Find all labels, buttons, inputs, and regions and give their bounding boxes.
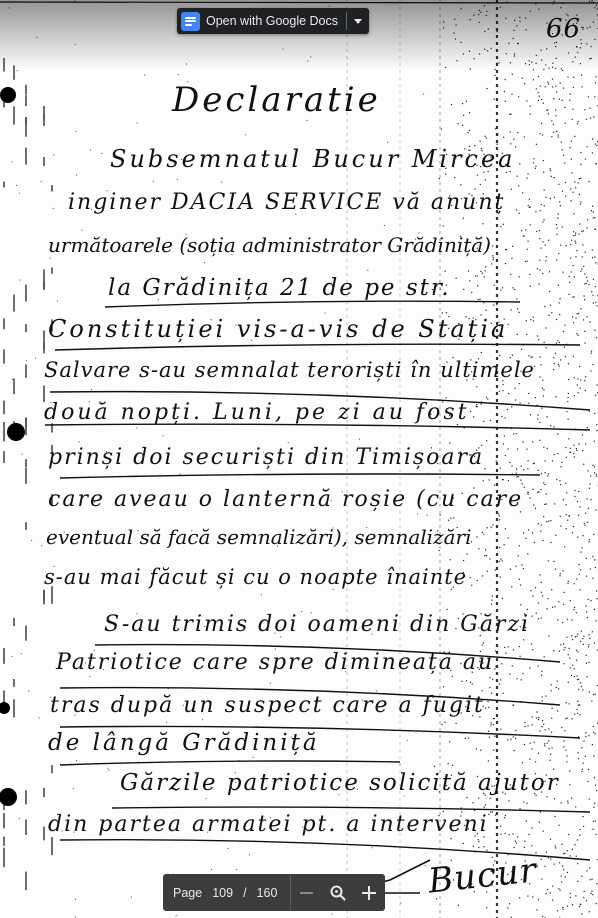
page-controls: Page 109 / 160 <box>163 874 385 911</box>
line-11: s-au mai făcut și cu o noapte înainte <box>44 565 467 589</box>
line-14: tras după un suspect care a fugit <box>50 693 485 718</box>
current-page-input[interactable]: 109 <box>212 886 233 900</box>
magnifier-icon <box>329 884 347 902</box>
page-number-mark: 66 <box>546 14 581 44</box>
line-3: următoarele (soția administrator Grădini… <box>48 233 491 257</box>
line-13: Patriotice care spre dimineață au <box>56 650 494 675</box>
line-2: inginer DACIA SERVICE vă anunț <box>68 190 505 215</box>
zoom-reset-button[interactable] <box>323 874 354 911</box>
minus-icon <box>300 892 313 894</box>
line-8: prinși doi securiști din Timișoara <box>48 445 484 470</box>
page-separator: / <box>243 886 246 900</box>
line-7: două nopți. Luni, pe zi au fost <box>44 400 469 425</box>
line-9: care aveau o lanternă roșie (cu care <box>48 487 523 512</box>
line-17: din partea armatei pt. a interveni <box>48 812 489 837</box>
open-with-google-docs-button-group: Open with Google Docs <box>177 8 369 34</box>
line-6: Salvare s-au semnalat teroriști în ultim… <box>44 358 535 382</box>
open-with-google-docs-button[interactable]: Open with Google Docs <box>177 8 346 34</box>
line-4: la Grădinița 21 de pe str. <box>108 275 451 301</box>
zoom-out-button[interactable] <box>291 874 322 911</box>
line-15: de lângă Grădiniță <box>48 730 320 756</box>
line-10: eventual să facă semnalizări), semnaliză… <box>46 525 471 549</box>
total-pages: 160 <box>257 886 278 900</box>
line-1: Subsemnatul Bucur Mircea <box>110 145 515 173</box>
google-docs-icon <box>181 12 200 31</box>
page-label: Page <box>173 886 202 900</box>
open-with-label: Open with Google Docs <box>206 14 338 28</box>
open-with-dropdown-button[interactable] <box>347 8 369 34</box>
zoom-in-button[interactable] <box>354 874 385 911</box>
scanned-document-page: 66 Declaratie Subsemnatul Bucur Mircea i… <box>0 0 598 918</box>
signature: Bucur <box>426 850 539 901</box>
plus-icon <box>362 886 376 900</box>
line-5: Constituției vis-a-vis de Stația <box>48 315 508 343</box>
line-16: Gărzile patriotice solicită ajutor <box>120 770 560 796</box>
document-title: Declaratie <box>172 80 381 120</box>
caret-down-icon <box>354 19 362 24</box>
line-12: S-au trimis doi oameni din Gărzi <box>104 612 530 637</box>
